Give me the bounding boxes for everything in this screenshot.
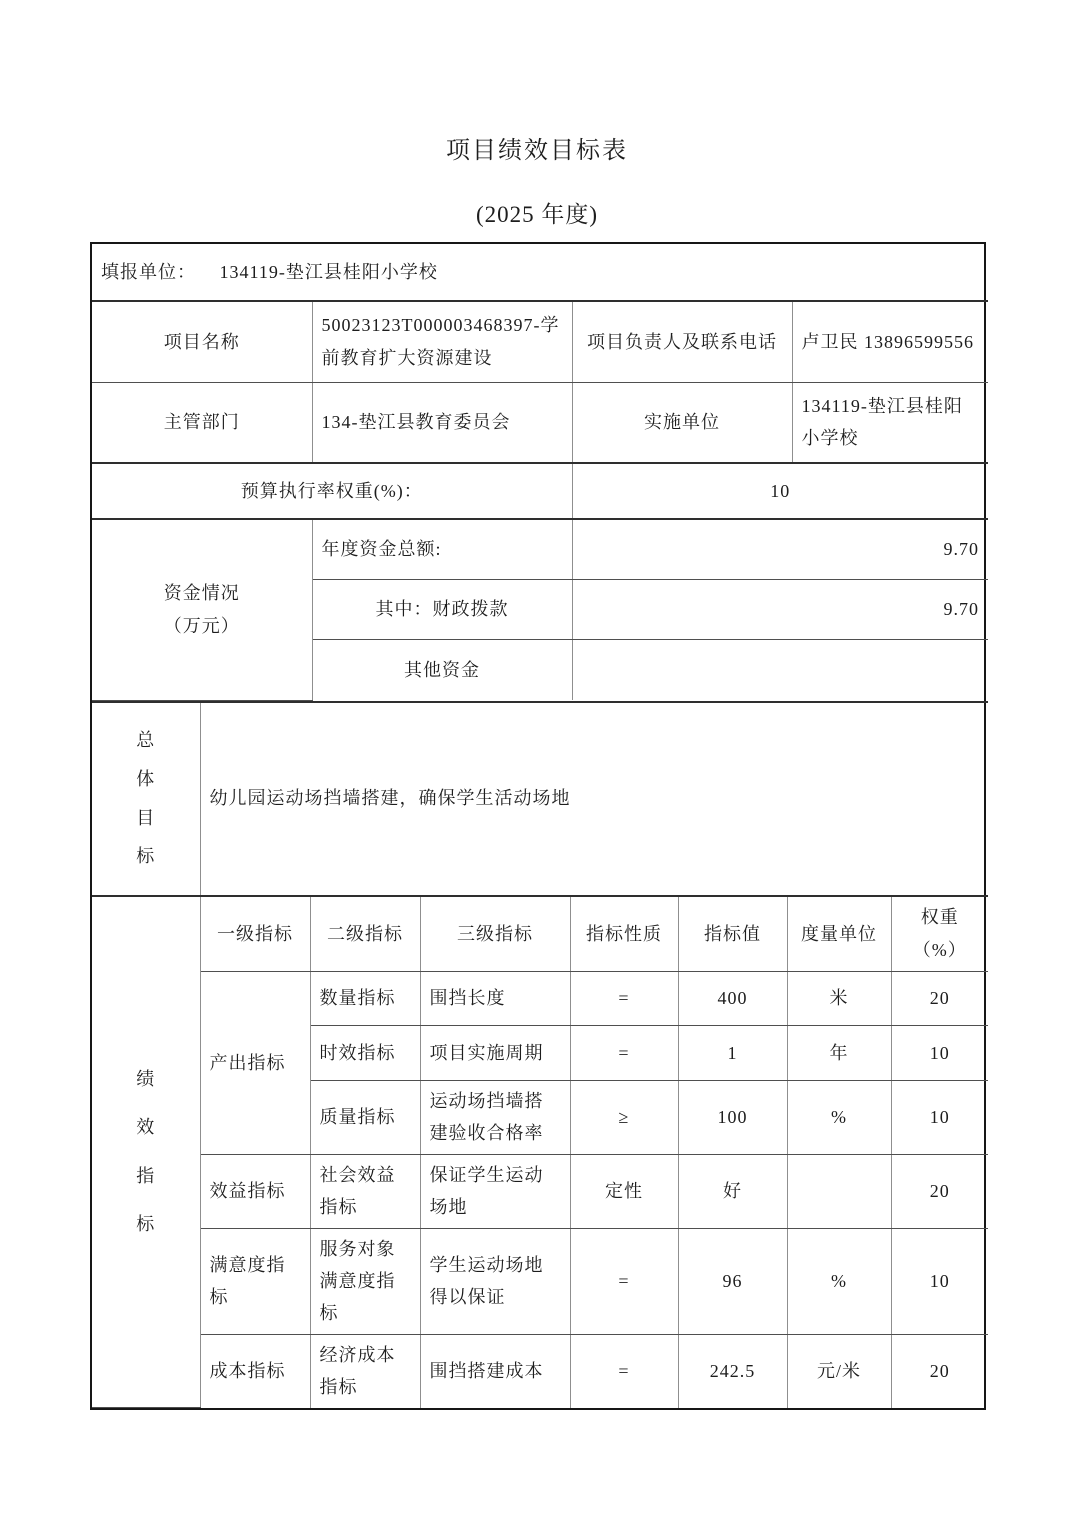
indicator-nature: =: [570, 972, 678, 1026]
indicator-weight: 10: [891, 1081, 988, 1155]
indicator-nature: ≥: [570, 1081, 678, 1155]
budget-weight-value: 10: [572, 463, 988, 518]
project-name-value: 50023123T000003468397-学前教育扩大资源建设: [312, 301, 572, 382]
header-level3: 三级指标: [420, 896, 570, 972]
funding-fiscal-label: 其中：财政拨款: [312, 579, 572, 639]
funding-other-value: [572, 639, 988, 700]
header-nature: 指标性质: [570, 896, 678, 972]
indicators-group-label: 绩效指标: [135, 1055, 158, 1249]
overall-goal-label: 总体目标: [135, 721, 158, 876]
funding-group-label-line2: （万元）: [101, 610, 303, 642]
funding-section: 资金情况 （万元） 年度资金总额: 9.70 其中：财政拨款 9.70 其他资金: [92, 518, 988, 701]
indicator-level2: 时效指标: [310, 1026, 420, 1081]
indicator-unit: %: [787, 1228, 891, 1334]
indicator-unit: 米: [787, 972, 891, 1026]
indicator-value: 100: [678, 1081, 787, 1155]
competent-dept-label: 主管部门: [92, 382, 312, 462]
funding-other-label: 其他资金: [312, 639, 572, 700]
indicator-unit: [787, 1154, 891, 1228]
indicator-level1: 产出指标: [200, 972, 310, 1155]
indicators-section: 绩效指标 一级指标 二级指标 三级指标 指标性质 指标值 度量单位 权重（%） …: [92, 895, 988, 1409]
indicator-value: 96: [678, 1228, 787, 1334]
overall-goal-section: 总体目标 幼儿园运动场挡墙搭建，确保学生活动场地: [92, 701, 988, 895]
indicator-level3: 运动场挡墙搭建验收合格率: [420, 1081, 570, 1155]
indicators-group-label-cell: 绩效指标: [92, 896, 200, 1408]
indicator-nature: 定性: [570, 1154, 678, 1228]
indicator-row: 产出指标 数量指标 围挡长度 = 400 米 20: [92, 972, 988, 1026]
indicator-value: 1: [678, 1026, 787, 1081]
budget-weight-section: 预算执行率权重(%)： 10: [92, 462, 988, 518]
implementing-unit-label: 实施单位: [572, 382, 792, 462]
reporting-unit-value: 134119-垫江县桂阳小学校: [220, 262, 438, 282]
indicator-level1: 满意度指标: [200, 1228, 310, 1334]
funding-fiscal-value: 9.70: [572, 579, 988, 639]
indicator-row: 满意度指标 服务对象满意度指标 学生运动场地得以保证 = 96 % 10: [92, 1228, 988, 1334]
indicator-level3: 围挡搭建成本: [420, 1334, 570, 1407]
indicator-level3: 学生运动场地得以保证: [420, 1228, 570, 1334]
header-value: 指标值: [678, 896, 787, 972]
project-info-section: 项目名称 50023123T000003468397-学前教育扩大资源建设 项目…: [92, 300, 988, 462]
indicator-weight: 10: [891, 1026, 988, 1081]
budget-weight-label: 预算执行率权重(%)：: [92, 463, 572, 518]
indicator-row: 成本指标 经济成本指标 围挡搭建成本 = 242.5 元/米 20: [92, 1334, 988, 1407]
indicator-weight: 20: [891, 1334, 988, 1407]
overall-goal-value: 幼儿园运动场挡墙搭建，确保学生活动场地: [200, 702, 988, 895]
reporting-unit-section: 填报单位： 134119-垫江县桂阳小学校: [92, 244, 984, 300]
indicator-level2: 经济成本指标: [310, 1334, 420, 1407]
project-manager-value: 卢卫民 13896599556: [792, 301, 988, 382]
indicator-nature: =: [570, 1334, 678, 1407]
indicator-nature: =: [570, 1228, 678, 1334]
indicator-unit: %: [787, 1081, 891, 1155]
reporting-unit-cell: 填报单位： 134119-垫江县桂阳小学校: [92, 244, 984, 300]
indicator-weight: 20: [891, 1154, 988, 1228]
header-weight: 权重（%）: [891, 896, 988, 972]
indicator-unit: 年: [787, 1026, 891, 1081]
reporting-unit-label: 填报单位：: [101, 262, 196, 282]
indicator-level1: 成本指标: [200, 1334, 310, 1407]
document-page: 项目绩效目标表 (2025 年度) 填报单位： 134119-垫江县桂阳小学校 …: [0, 0, 1074, 1520]
indicator-value: 242.5: [678, 1334, 787, 1407]
performance-target-table: 填报单位： 134119-垫江县桂阳小学校 项目名称 50023123T0000…: [90, 242, 986, 1410]
page-subtitle: (2025 年度): [0, 200, 1074, 230]
indicator-value: 400: [678, 972, 787, 1026]
competent-dept-value: 134-垫江县教育委员会: [312, 382, 572, 462]
indicator-level2: 社会效益指标: [310, 1154, 420, 1228]
indicator-level2: 服务对象满意度指标: [310, 1228, 420, 1334]
indicator-value: 好: [678, 1154, 787, 1228]
indicator-weight: 10: [891, 1228, 988, 1334]
indicator-level2: 数量指标: [310, 972, 420, 1026]
indicator-level2: 质量指标: [310, 1081, 420, 1155]
indicator-row: 效益指标 社会效益指标 保证学生运动场地 定性 好 20: [92, 1154, 988, 1228]
project-name-label: 项目名称: [92, 301, 312, 382]
indicator-level3: 保证学生运动场地: [420, 1154, 570, 1228]
funding-group-label: 资金情况 （万元）: [92, 519, 312, 700]
header-level2: 二级指标: [310, 896, 420, 972]
indicator-level1: 效益指标: [200, 1154, 310, 1228]
funding-group-label-line1: 资金情况: [101, 577, 303, 609]
header-level1: 一级指标: [200, 896, 310, 972]
project-manager-label: 项目负责人及联系电话: [572, 301, 792, 382]
indicator-level3: 围挡长度: [420, 972, 570, 1026]
implementing-unit-value: 134119-垫江县桂阳小学校: [792, 382, 988, 462]
funding-total-value: 9.70: [572, 519, 988, 579]
header-unit: 度量单位: [787, 896, 891, 972]
indicator-weight: 20: [891, 972, 988, 1026]
indicator-unit: 元/米: [787, 1334, 891, 1407]
indicator-level3: 项目实施周期: [420, 1026, 570, 1081]
overall-goal-label-cell: 总体目标: [92, 702, 200, 895]
indicator-nature: =: [570, 1026, 678, 1081]
page-title: 项目绩效目标表: [0, 0, 1074, 167]
funding-total-label: 年度资金总额:: [312, 519, 572, 579]
